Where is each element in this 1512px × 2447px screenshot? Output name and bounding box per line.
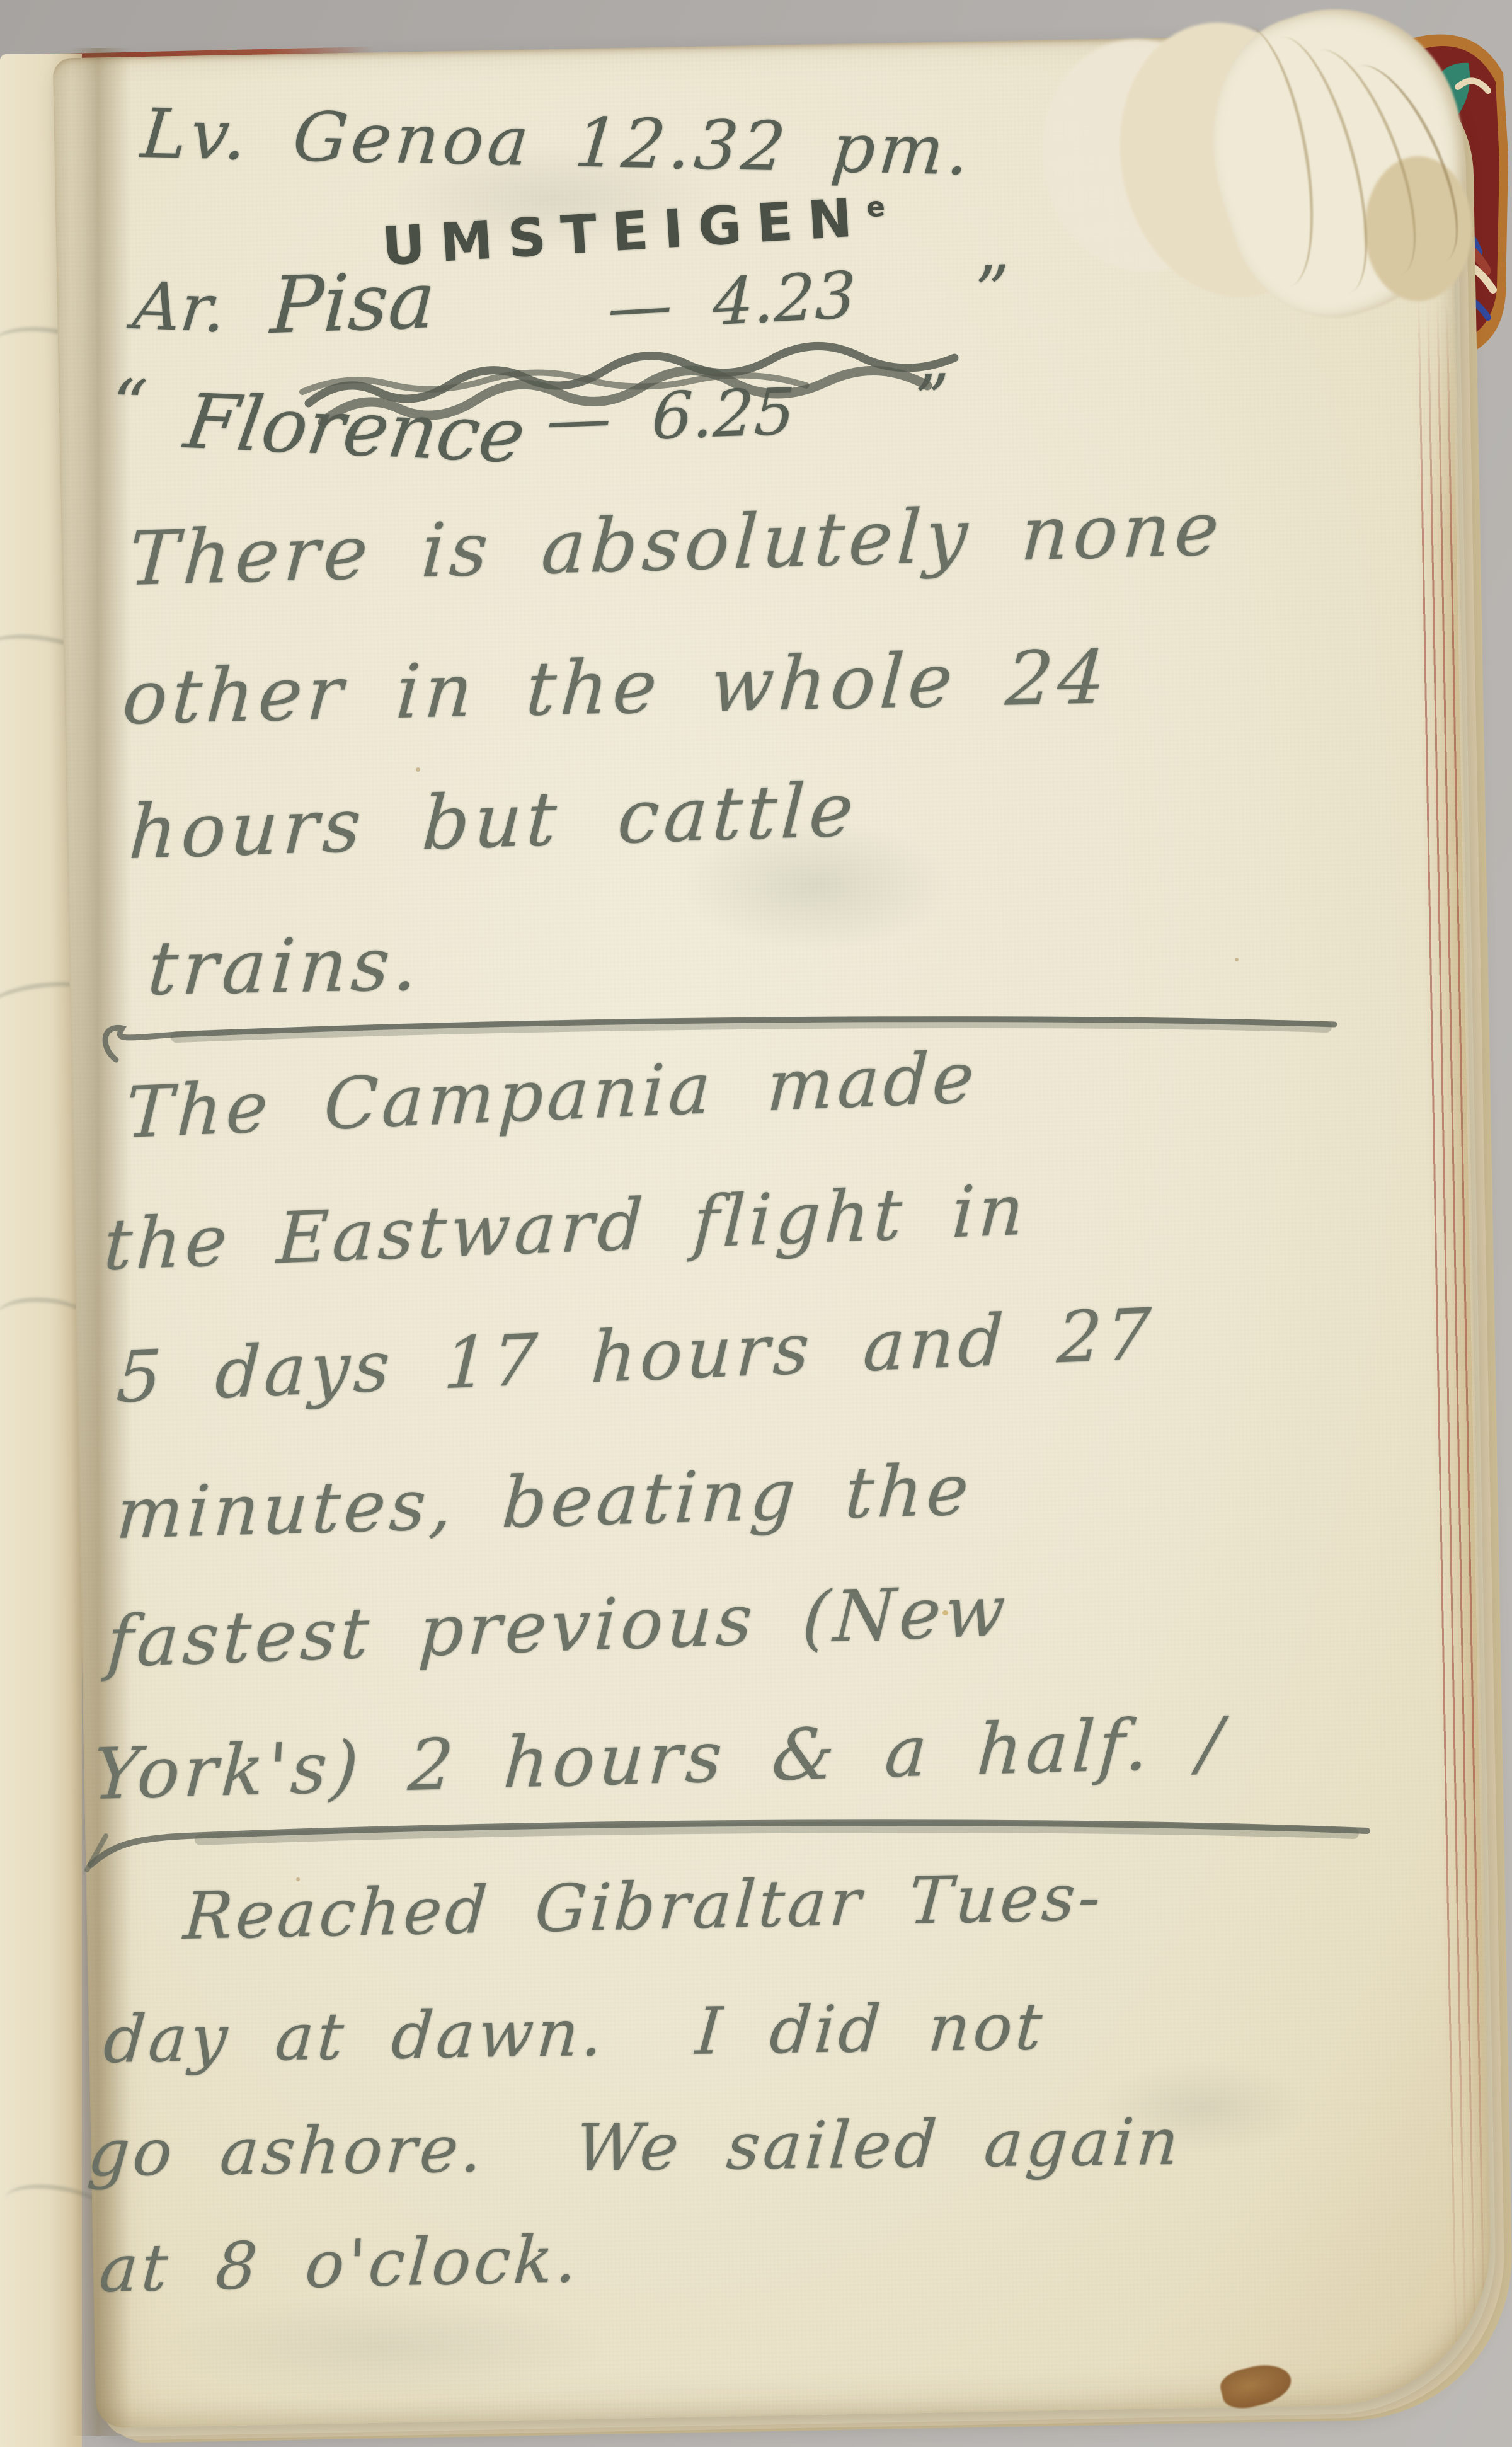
handwritten-place-florence: Florence [180, 378, 531, 480]
ditto-mark: “ [111, 364, 149, 446]
ditto-mark: ” [973, 250, 1013, 333]
photographed-notebook-scene: Lv. Genoa 12.32 pm. Ar. Pisa UMSTEIGENe … [0, 0, 1512, 2447]
ditto-mark: ” [913, 359, 952, 441]
handwritten-arrive-abbrev: Ar. [130, 267, 230, 347]
umsteigen-superscript: e [866, 191, 886, 224]
handwritten-time-pisa: — 4.23 [607, 258, 857, 346]
handwritten-line: at 8 o'clock. [97, 2221, 582, 2307]
handwritten-line: day at dawn. I did not [101, 1989, 1048, 2078]
handwritten-line: trains. [145, 920, 425, 1012]
handwritten-line: go ashore. We sailed again [85, 2104, 1184, 2191]
handwritten-time-florence: — 6.25 [546, 374, 796, 458]
